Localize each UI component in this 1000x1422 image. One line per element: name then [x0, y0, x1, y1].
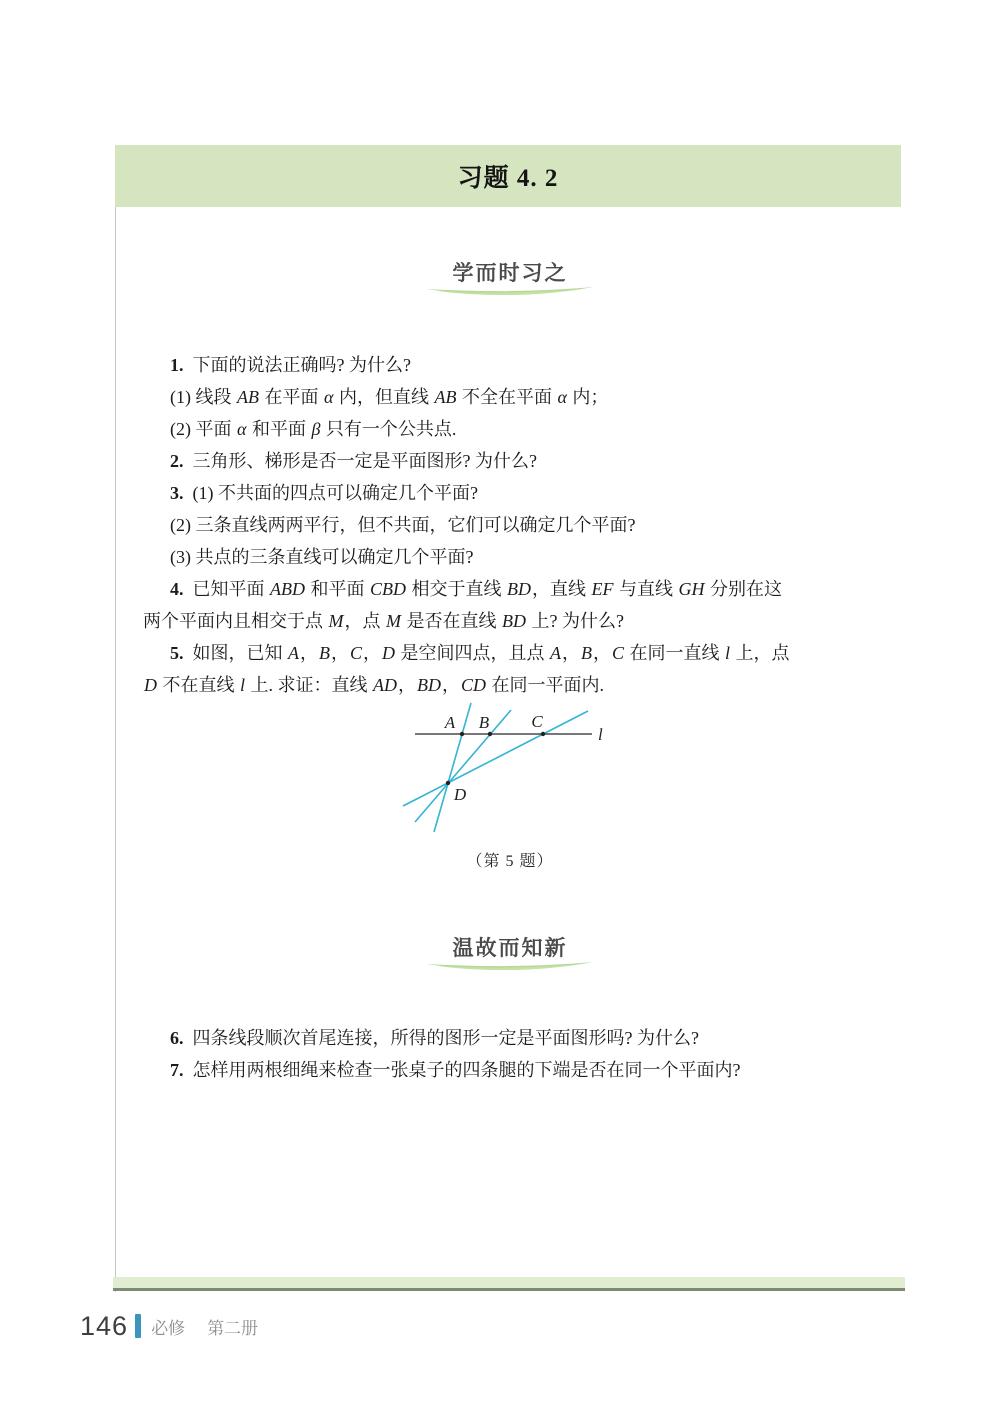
problem-line: (2) 平面 α 和平面 β 只有一个公共点.: [143, 413, 883, 445]
section-badge-label: 学而时习之: [453, 262, 568, 286]
point-A: [460, 732, 464, 736]
figure-caption: （第 5 题）: [430, 848, 590, 871]
footer-volume-label: 第二册: [207, 1314, 258, 1339]
footer-book-label: 必修: [151, 1314, 185, 1339]
page-footer: 146 必修 第二册: [80, 1310, 258, 1342]
badge-underline-swoosh: [422, 961, 598, 976]
problem-number: 1.: [170, 355, 184, 375]
label-C: C: [531, 712, 543, 731]
problem-line: (3) 共点的三条直线可以确定几个平面?: [143, 541, 883, 573]
textbook-page: 习题 4. 2 学而时习之 1.下面的说法正确吗? 为什么?(1) 线段 AB …: [0, 0, 1000, 1422]
exercise-banner: 习题 4. 2: [115, 145, 901, 207]
problem-line: 两个平面内且相交于点 M，点 M 是否在直线 BD 上? 为什么?: [143, 605, 883, 637]
label-B: B: [479, 713, 490, 732]
page-number: 146: [80, 1311, 128, 1342]
geometry-diagram: A B C D l: [398, 700, 648, 845]
point-D: [446, 781, 450, 785]
problem-line: 3.(1) 不共面的四点可以确定几个平面?: [143, 477, 883, 509]
problem-number: 6.: [170, 1028, 184, 1048]
page-title: 习题 4. 2: [458, 158, 559, 194]
page-bottom-strip: [113, 1277, 905, 1291]
problem-number: 4.: [170, 579, 184, 599]
problem-line: D 不在直线 l 上. 求证：直线 AD，BD，CD 在同一平面内.: [143, 669, 883, 701]
footer-accent-bar: [135, 1314, 141, 1338]
problem-line: 6.四条线段顺次首尾连接，所得的图形一定是平面图形吗? 为什么?: [143, 1022, 883, 1054]
point-C: [541, 732, 545, 736]
label-D: D: [453, 785, 467, 804]
problem-line: 4.已知平面 ABD 和平面 CBD 相交于直线 BD，直线 EF 与直线 GH…: [143, 573, 883, 605]
problem-line: 5.如图，已知 A，B，C，D 是空间四点，且点 A，B，C 在同一直线 l 上…: [143, 637, 883, 669]
line-BD: [415, 710, 511, 822]
problem-list-first: 1.下面的说法正确吗? 为什么?(1) 线段 AB 在平面 α 内，但直线 AB…: [143, 349, 883, 701]
point-B: [488, 732, 492, 736]
problem-line: 7.怎样用两根细绳来检查一张桌子的四条腿的下端是否在同一个平面内?: [143, 1054, 883, 1086]
line-CD: [403, 711, 588, 806]
problem-number: 7.: [170, 1060, 184, 1080]
problem-line: (2) 三条直线两两平行，但不共面，它们可以确定几个平面?: [143, 509, 883, 541]
badge-underline-swoosh: [422, 286, 598, 301]
section-badge-practice: 学而时习之: [400, 262, 620, 301]
problem-number: 2.: [170, 451, 184, 471]
page-edge-line: [115, 145, 116, 1292]
label-A: A: [444, 713, 456, 732]
problem-line: 2.三角形、梯形是否一定是平面图形? 为什么?: [143, 445, 883, 477]
problem-line: (1) 线段 AB 在平面 α 内，但直线 AB 不全在平面 α 内；: [143, 381, 883, 413]
section-badge-review: 温故而知新: [400, 937, 620, 976]
problem-list-second: 6.四条线段顺次首尾连接，所得的图形一定是平面图形吗? 为什么?7.怎样用两根细…: [143, 1022, 883, 1086]
section-badge-label: 温故而知新: [453, 937, 568, 961]
label-l: l: [598, 725, 603, 744]
problem5-figure: A B C D l: [398, 700, 648, 845]
problem-line: 1.下面的说法正确吗? 为什么?: [143, 349, 883, 381]
problem-number: 5.: [170, 643, 184, 663]
problem-number: 3.: [170, 483, 184, 503]
